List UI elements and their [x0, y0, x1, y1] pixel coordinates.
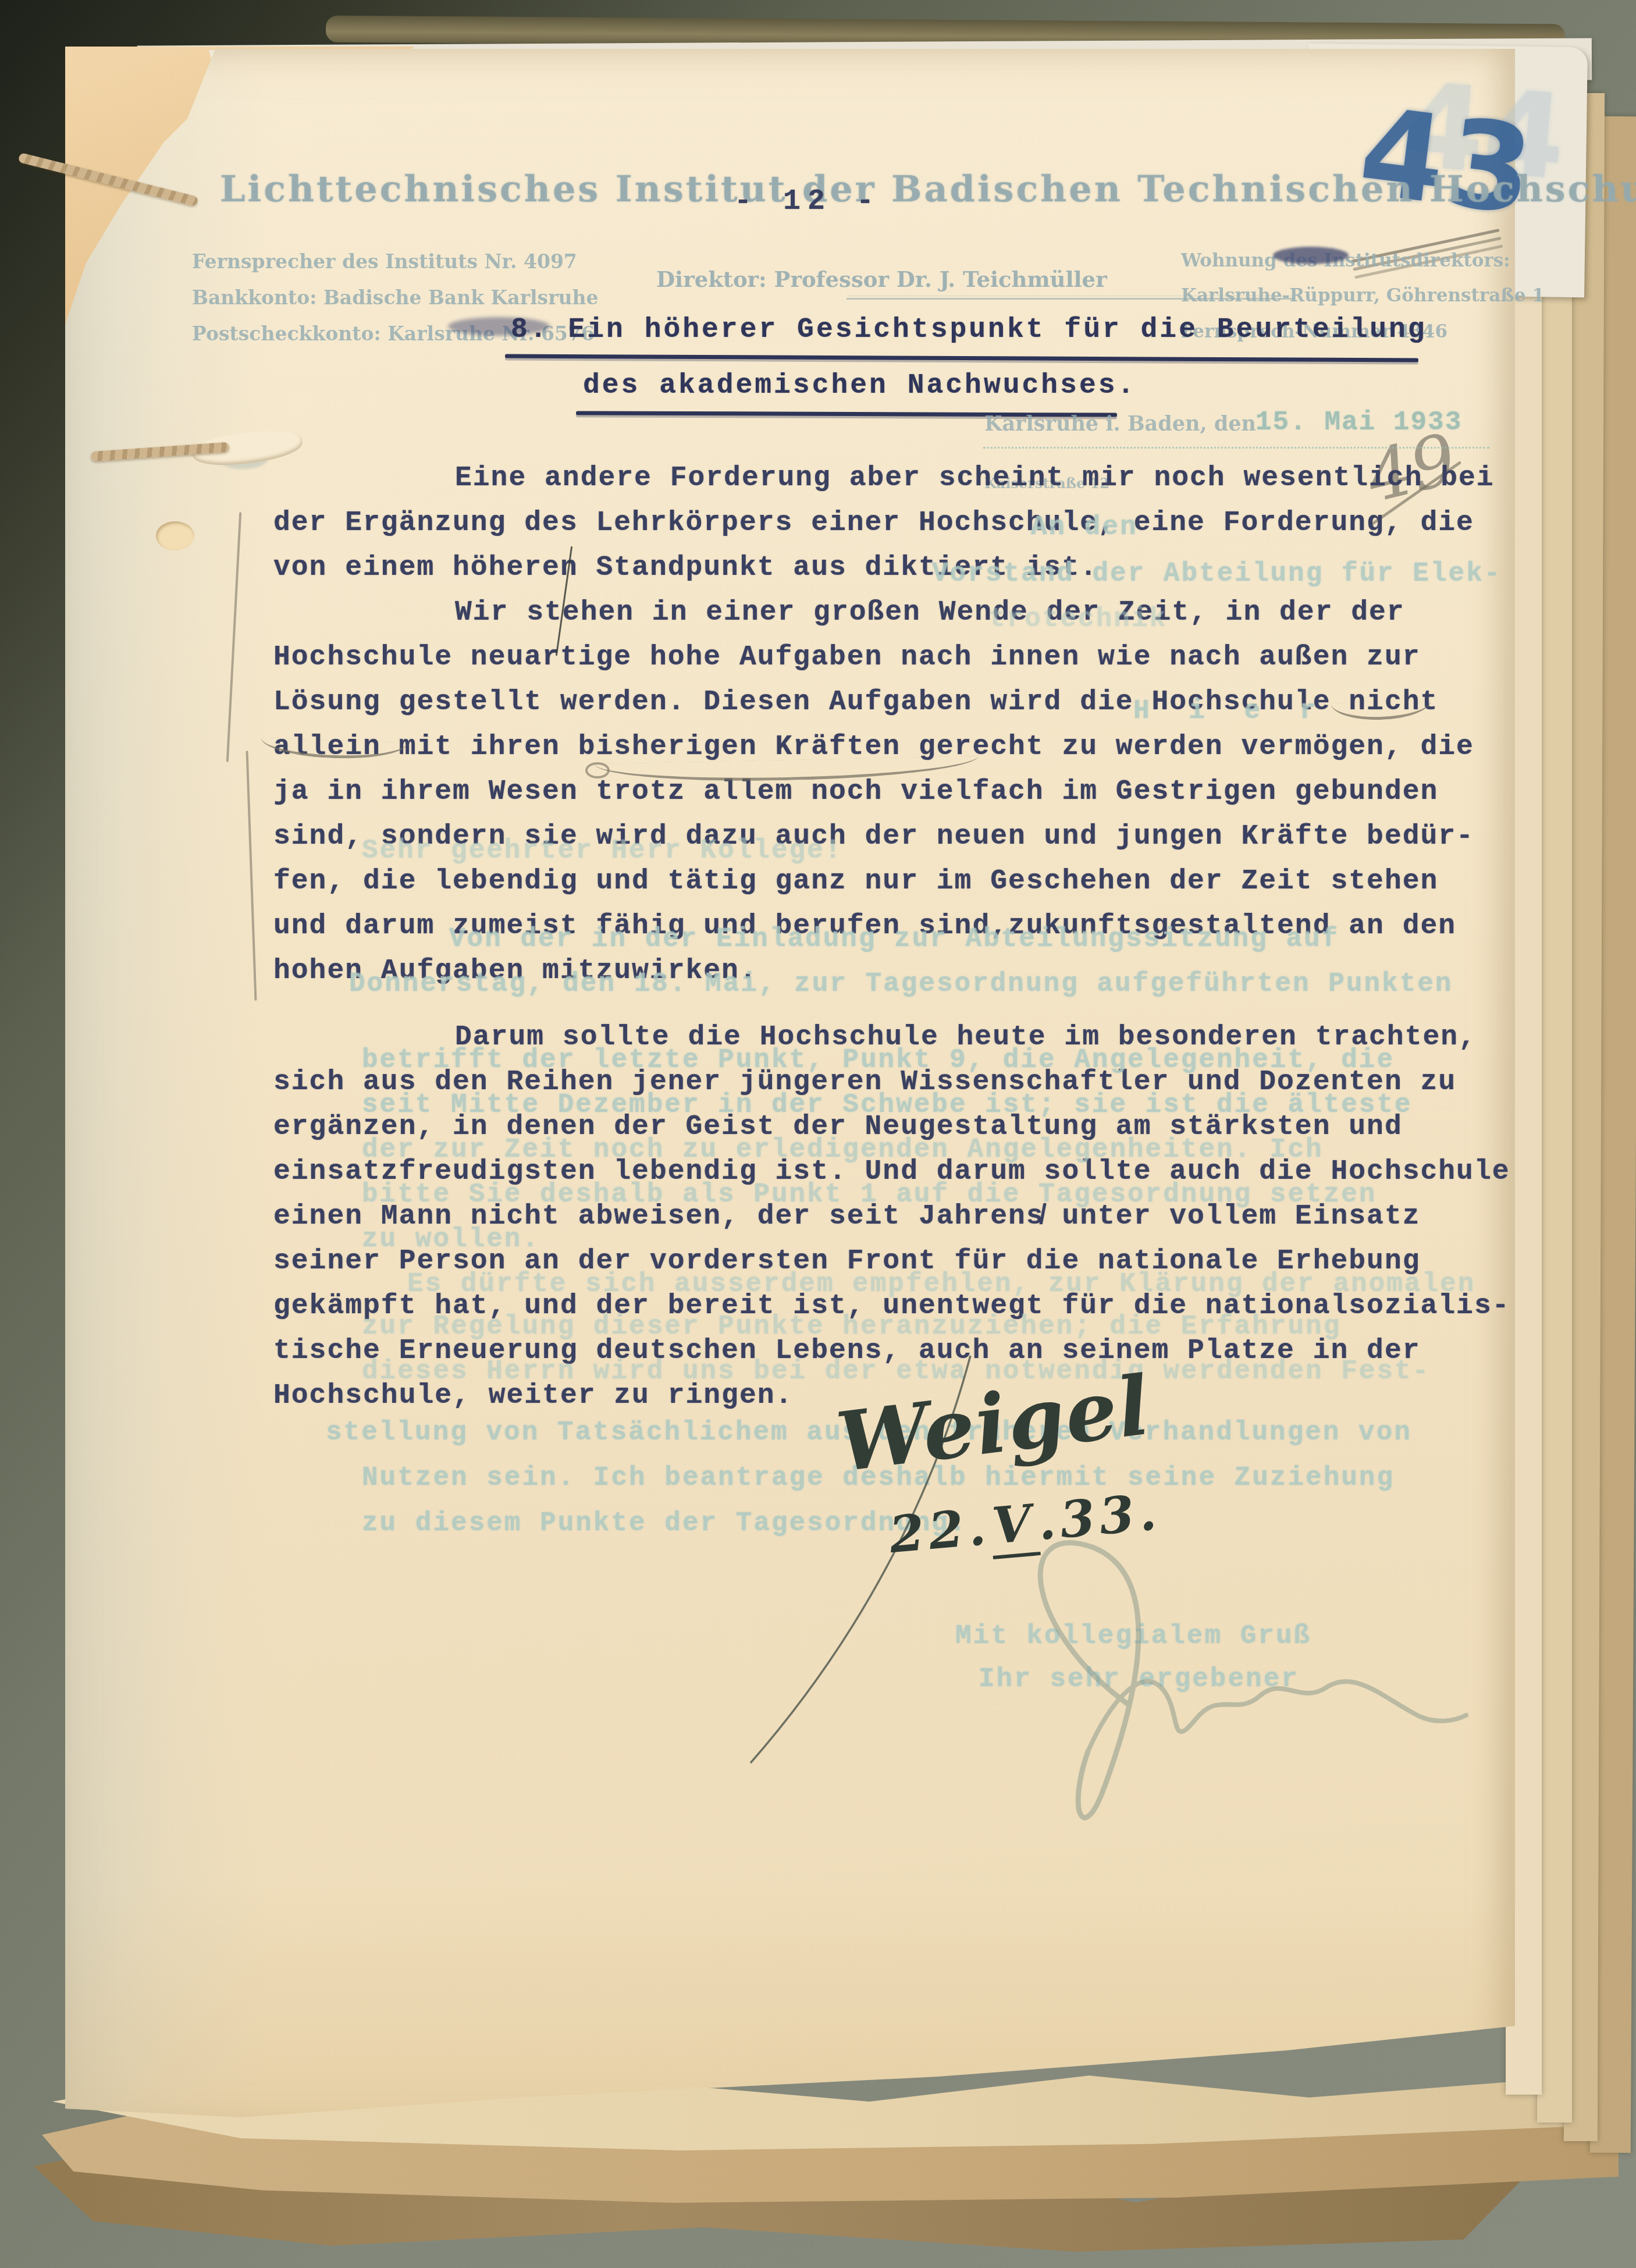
archive-scan: 44 43 49 Lichttechnisches Institut der B…: [0, 0, 1636, 2268]
document-content: 44 43 49 Lichttechnisches Institut der B…: [0, 0, 1636, 2268]
punch-hole-icon: [156, 521, 194, 550]
ghost-signature-teichmueller: [0, 0, 1636, 2268]
